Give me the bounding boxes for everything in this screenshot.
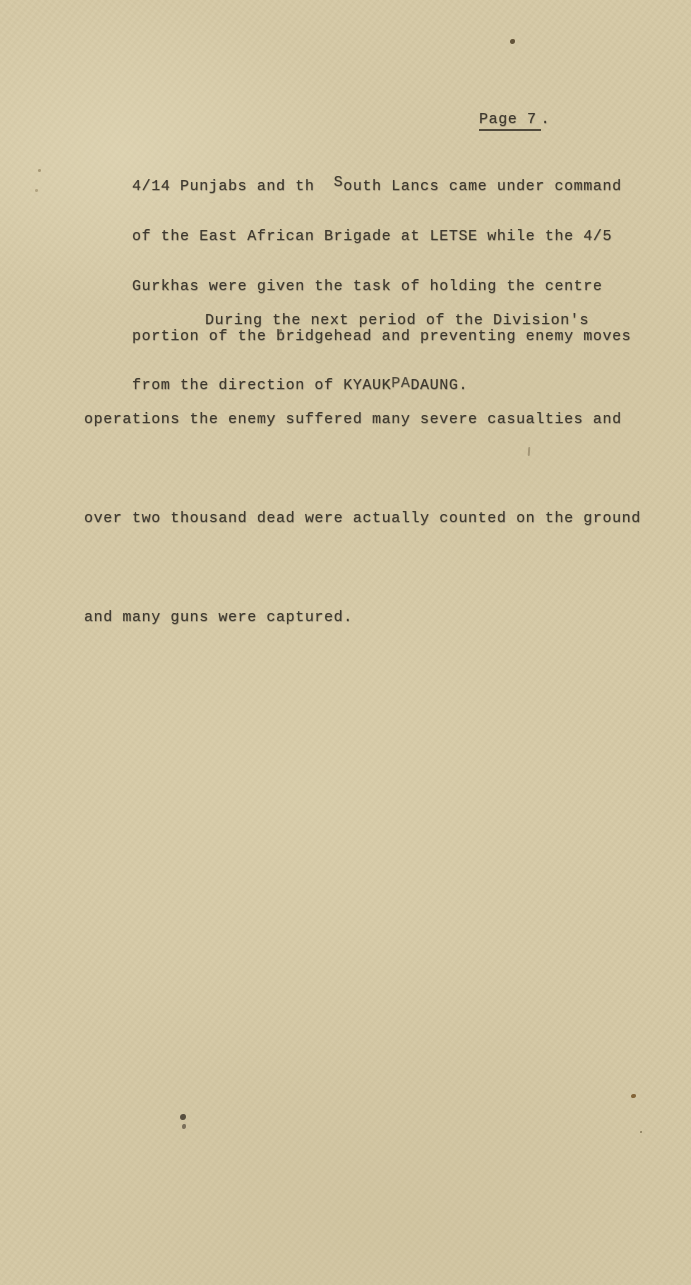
ink-speck [631, 1094, 636, 1098]
paragraph-1-line-1: 4/14 Punjabs and th South Lancs came und… [132, 179, 631, 196]
paragraph-2-line-1: During the next period of the Division's [84, 304, 641, 337]
paragraph-2-line-4: and many guns were captured. [84, 601, 641, 634]
p1-l1-pre: 4/14 Punjabs and th [132, 178, 334, 195]
ink-speck [640, 1131, 642, 1133]
ink-speck [279, 329, 282, 332]
page-number-text: Page 7 [479, 111, 541, 131]
page-number: Page 7. [479, 111, 550, 131]
ink-speck [510, 39, 515, 44]
ink-speck [182, 1124, 186, 1129]
document-page: Page 7. 4/14 Punjabs and th South Lancs … [0, 0, 691, 1285]
ink-speck [180, 1114, 186, 1120]
page-number-period: . [541, 111, 551, 128]
paragraph-2-line-2: operations the enemy suffered many sever… [84, 403, 641, 436]
p1-l1-raised-letter: S [334, 175, 344, 192]
p1-l1-post: outh Lancs came under command [343, 178, 621, 195]
ink-speck [38, 169, 41, 172]
paragraph-2-line-3: over two thousand dead were actually cou… [84, 502, 641, 535]
paragraph-2: During the next period of the Division's… [84, 238, 641, 700]
ink-speck [35, 189, 38, 192]
